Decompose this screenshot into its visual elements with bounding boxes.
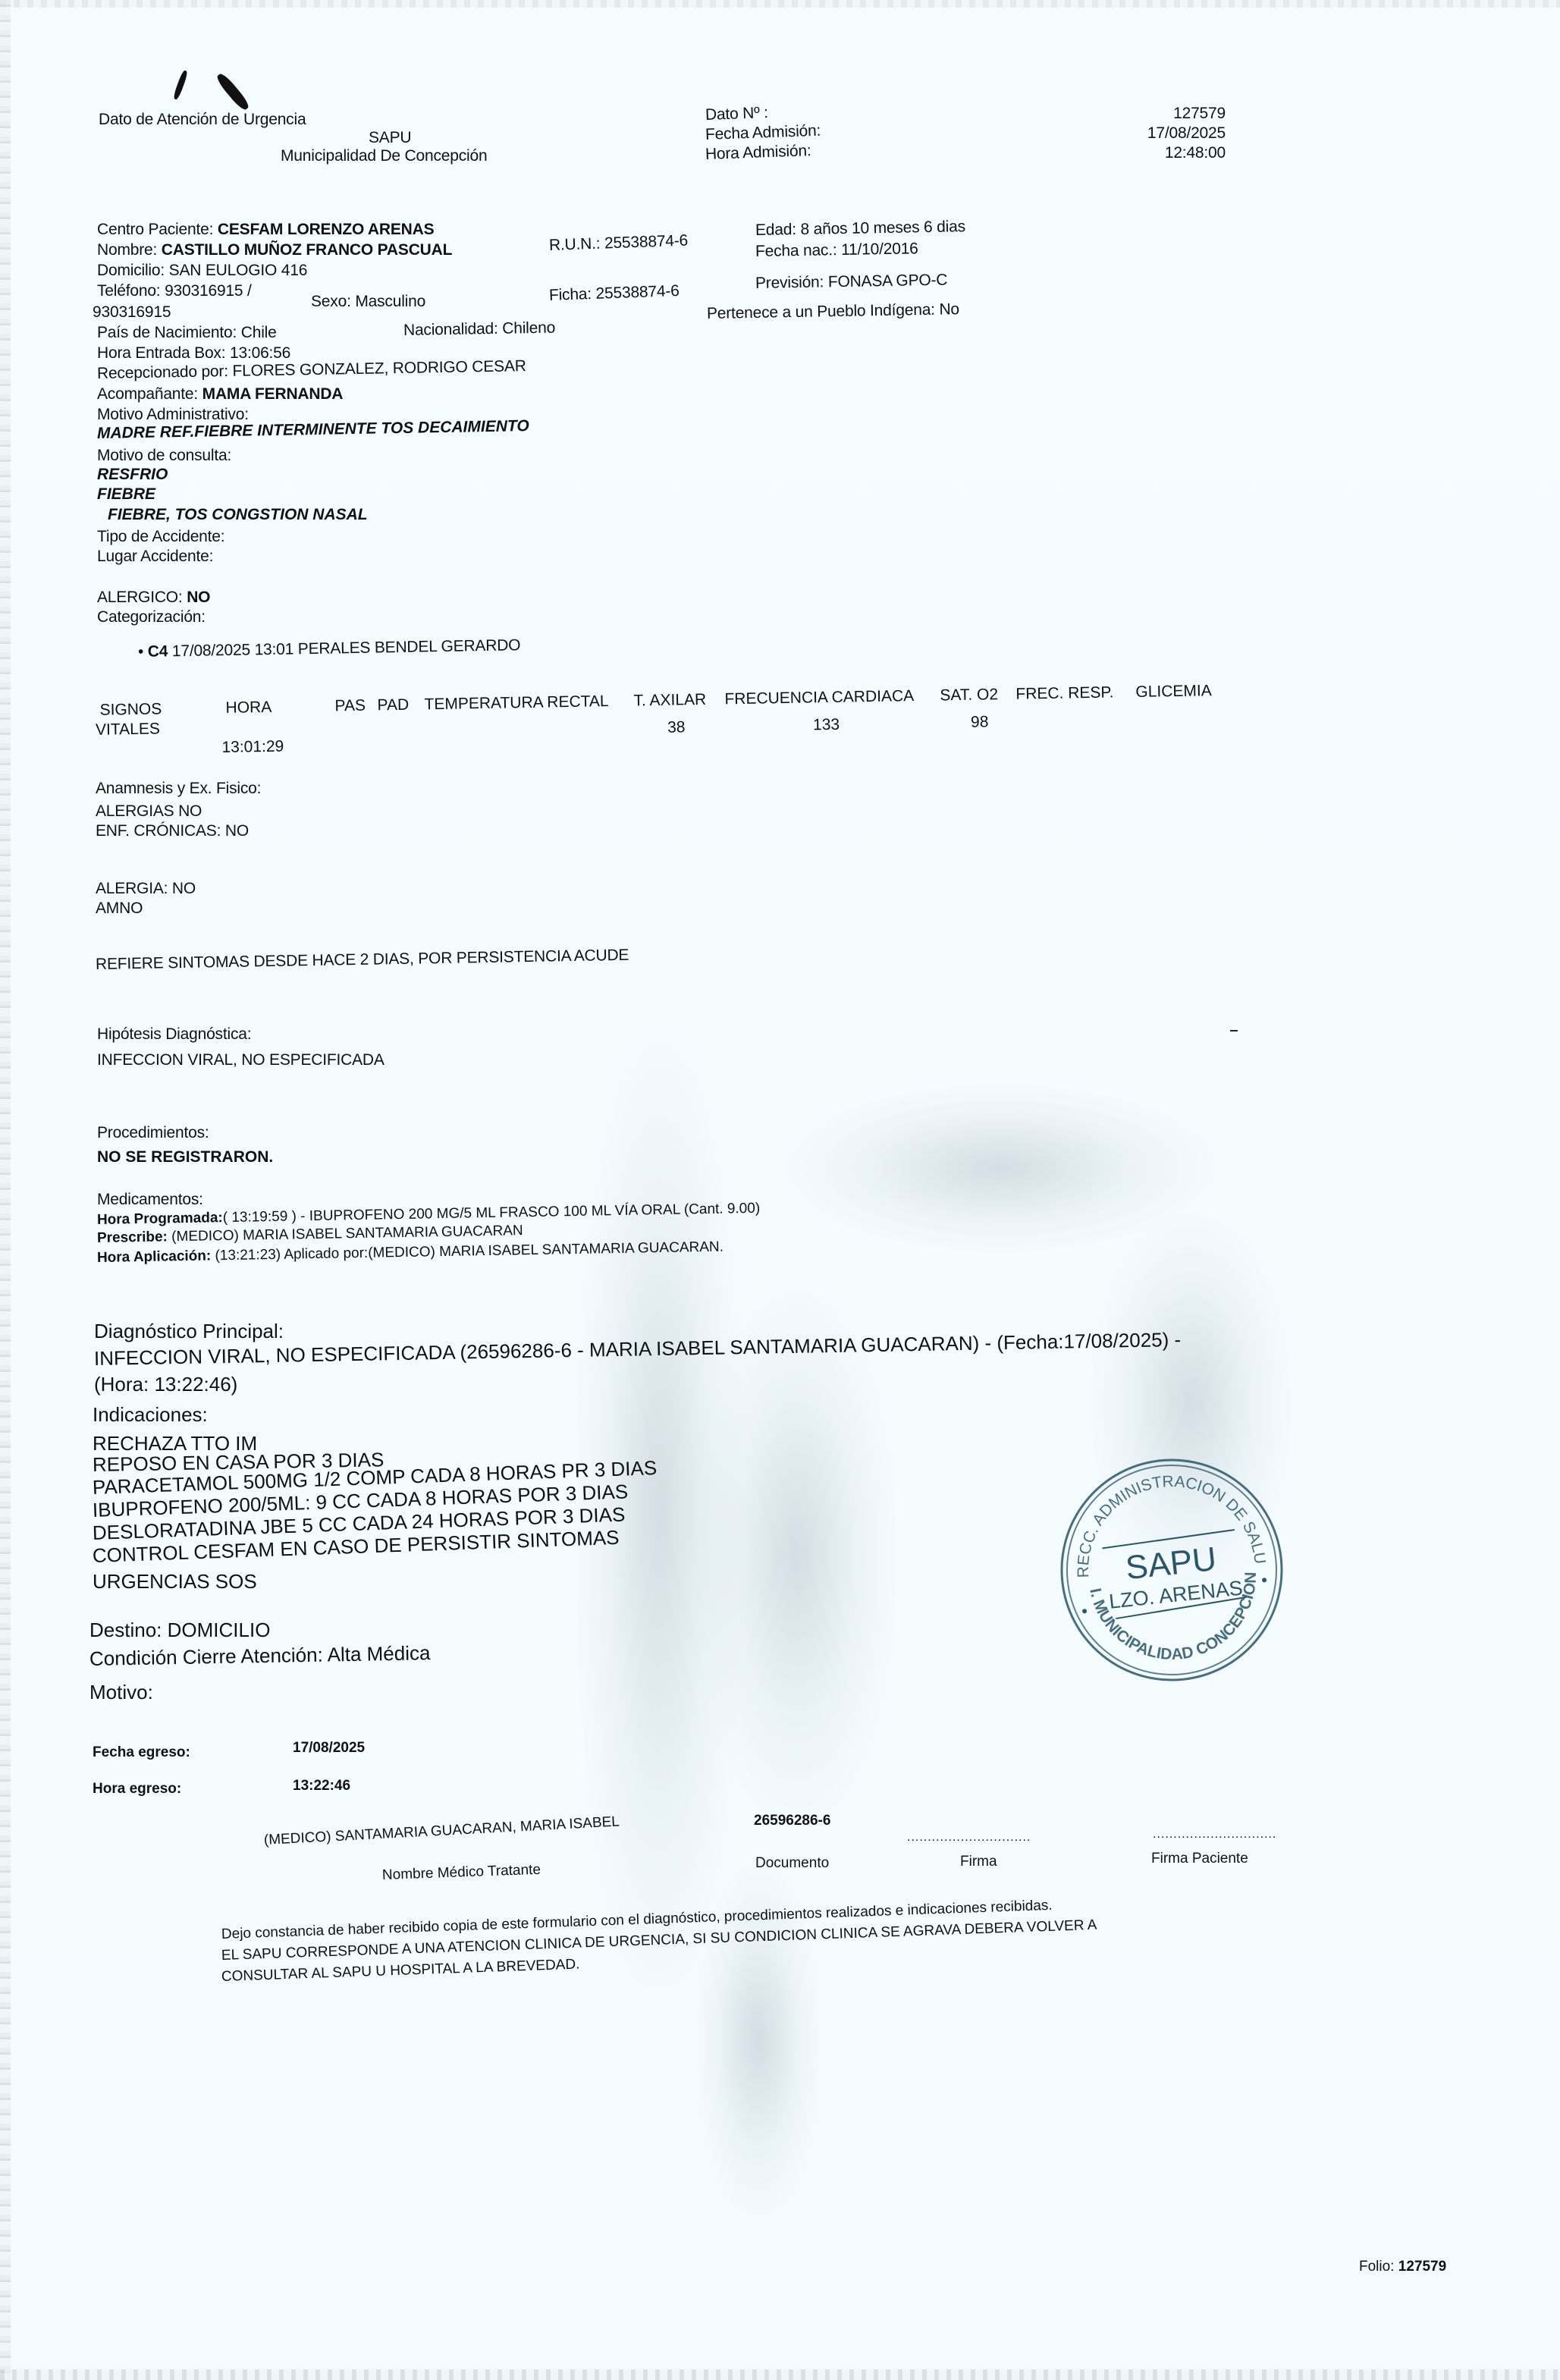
vital-signs-table: SIGNOS VITALES HORA PAS PAD TEMPERATURA … [90, 666, 1245, 770]
anamnesis-line: ENF. CRÓNICAS: NO [96, 822, 249, 840]
folio-value: 127579 [1398, 2259, 1446, 2275]
hora-entrada-box: Hora Entrada Box: 13:06:56 [97, 344, 290, 363]
condicion-cierre: Condición Cierre Atención: Alta Médica [89, 1641, 431, 1671]
motivo-consulta-line: RESFRIO [97, 466, 168, 484]
fecha-egreso-label: Fecha egreso: [93, 1744, 190, 1761]
destino: Destino: DOMICILIO [89, 1619, 270, 1642]
pais-nacimiento: País de Nacimiento: Chile [97, 324, 277, 342]
bullet-icon: • [138, 643, 144, 661]
pueblo-value: No [939, 300, 959, 318]
folio: Folio: 127579 [1359, 2259, 1446, 2275]
sexo: Sexo: Masculino [311, 293, 425, 311]
sapu-stamp: DIRECC. ADMINISTRACION DE SALUD I. MUNIC… [1047, 1445, 1297, 1695]
indicaciones-label: Indicaciones: [93, 1403, 208, 1427]
pueblo-indigena: Pertenece a un Pueblo Indígena: No [707, 300, 959, 323]
firma-paciente-label: Firma Paciente [1151, 1851, 1248, 1867]
categorizacion-value: 17/08/2025 13:01 PERALES BENDEL GERARDO [172, 636, 521, 660]
fecha-admision-value: 17/08/2025 [1092, 124, 1226, 143]
dato-label: Dato Nº : [705, 104, 769, 124]
vitals-label: VITALES [96, 720, 160, 739]
stamp-seal-icon: DIRECC. ADMINISTRACION DE SALUD I. MUNIC… [1047, 1445, 1297, 1695]
anamnesis-refiere: REFIERE SINTOMAS DESDE HACE 2 DIAS, POR … [96, 947, 629, 974]
categorizacion-label: Categorización: [97, 608, 206, 626]
dato-value: 127579 [1092, 105, 1226, 123]
prevision-value: FONASA GPO-C [828, 272, 948, 291]
vitals-header-frec-resp: FREC. RESP. [1015, 683, 1114, 703]
nombre-paciente: Nombre: CASTILLO MUÑOZ FRANCO PASCUAL [97, 241, 452, 259]
hipotesis-label: Hipótesis Diagnóstica: [97, 1025, 251, 1044]
anamnesis-line: AMNO [96, 900, 143, 918]
telefono-value: 930316915 / [165, 282, 252, 300]
vitals-value-hora: 13:01:29 [221, 738, 284, 757]
categorizacion-item: • C4 17/08/2025 13:01 PERALES BENDEL GER… [138, 636, 521, 661]
motivo-consulta-label: Motivo de consulta: [97, 447, 231, 465]
motivo-administrativo-label: Motivo Administrativo: [97, 406, 249, 424]
pais-value: Chile [241, 324, 277, 341]
medico-tratante-value: (MEDICO) SANTAMARIA GUACARAN, MARIA ISAB… [263, 1813, 620, 1849]
hora-admision-label: Hora Admisión: [705, 142, 811, 164]
documento-value: 26596286-6 [754, 1813, 830, 1829]
condicion-value: Alta Médica [327, 1641, 430, 1666]
dash-mark [1230, 1030, 1238, 1031]
paper-crease [698, 1289, 895, 1820]
hora-egreso-label: Hora egreso: [93, 1781, 181, 1798]
sexo-value: Masculino [355, 293, 425, 310]
medicamentos-label: Medicamentos: [97, 1191, 203, 1209]
alergico-value: NO [187, 589, 210, 606]
vitals-header-t-axilar: T. AXILAR [633, 691, 706, 711]
acompanante-value: MAMA FERNANDA [202, 385, 344, 403]
domicilio-value: SAN EULOGIO 416 [169, 262, 308, 279]
centro-paciente: Centro Paciente: CESFAM LORENZO ARENAS [97, 221, 434, 239]
form-title: Dato de Atención de Urgencia [99, 111, 306, 129]
hora-egreso-value: 13:22:46 [293, 1778, 350, 1794]
lugar-accidente-label: Lugar Accidente: [97, 548, 213, 566]
run-value: 25538874-6 [604, 232, 689, 253]
paper-edge-bottom [0, 2369, 1560, 2380]
vitals-header-hora: HORA [225, 699, 272, 717]
diagnostico-label: Diagnóstico Principal: [94, 1320, 284, 1343]
alergico: ALERGICO: NO [97, 589, 210, 607]
org-municipality: Municipalidad De Concepción [281, 147, 487, 165]
fecha-nacimiento: Fecha nac.: 11/10/2016 [755, 240, 918, 261]
domicilio: Domicilio: SAN EULOGIO 416 [97, 262, 307, 280]
fecha-admision-label: Fecha Admisión: [705, 122, 821, 144]
paper-edge-top [0, 0, 1560, 8]
diagnostico-line: (Hora: 13:22:46) [94, 1373, 237, 1396]
ink-mark [215, 71, 251, 111]
medicamento-detalle: ( 13:19:59 ) - IBUPROFENO 200 MG/5 ML FR… [223, 1201, 761, 1226]
nacionalidad: Nacionalidad: Chileno [403, 319, 556, 340]
fecha-egreso-value: 17/08/2025 [293, 1740, 365, 1757]
procedimientos-label: Procedimientos: [97, 1124, 209, 1142]
paper-crease [789, 1085, 1213, 1251]
anamnesis-line: ALERGIAS NO [96, 802, 202, 821]
vitals-value-t-axilar: 38 [667, 718, 686, 736]
indicacion-line: URGENCIAS SOS [93, 1570, 257, 1593]
tipo-accidente-label: Tipo de Accidente: [97, 528, 224, 546]
hora-admision-value: 12:48:00 [1092, 144, 1226, 162]
vitals-header-pas: PAS [334, 697, 366, 716]
vitals-header-sat-o2: SAT. O2 [940, 686, 998, 705]
run: R.U.N.: 25538874-6 [549, 232, 689, 255]
anamnesis-line: ALERGIA: NO [96, 880, 196, 898]
fecha-nac-value: 11/10/2016 [841, 240, 918, 259]
documento-label: Documento [755, 1855, 829, 1872]
telefono-value-2: 930316915 [93, 303, 171, 322]
procedimientos-value: NO SE REGISTRARON. [97, 1148, 273, 1166]
prevision: Previsión: FONASA GPO-C [755, 272, 948, 293]
acompanante: Acompañante: MAMA FERNANDA [97, 385, 343, 403]
edad: Edad: 8 años 10 meses 6 dias [755, 218, 965, 240]
telefono: Teléfono: 930316915 / [97, 282, 252, 300]
motivo-cierre-label: Motivo: [89, 1681, 153, 1704]
categorizacion-code: C4 [148, 642, 168, 660]
firma-paciente-line: .............................. [1153, 1828, 1276, 1842]
destino-value: DOMICILIO [168, 1619, 271, 1641]
motivo-consulta-line: FIEBRE [97, 485, 155, 504]
nombre-paciente-value: CASTILLO MUÑOZ FRANCO PASCUAL [162, 241, 452, 259]
firma-line: .............................. [907, 1831, 1031, 1845]
vitals-value-sat-o2: 98 [971, 713, 989, 731]
document-page: Dato de Atención de Urgencia SAPU Munici… [0, 0, 1560, 2380]
org-name: SAPU [369, 129, 411, 147]
motivo-consulta-line: FIEBRE, TOS CONGSTION NASAL [108, 506, 368, 524]
medico-tratante-label: Nombre Médico Tratante [382, 1862, 541, 1884]
nacionalidad-value: Chileno [502, 319, 555, 338]
paper-edge-left [0, 0, 11, 2380]
centro-paciente-value: CESFAM LORENZO ARENAS [218, 221, 435, 238]
hora-box-value: 13:06:56 [230, 344, 290, 362]
firma-label: Firma [960, 1854, 997, 1870]
vitals-header-frecuencia-cardiaca: FRECUENCIA CARDIACA [724, 687, 914, 708]
vitals-header-pad: PAD [377, 696, 409, 715]
ink-mark [172, 70, 188, 100]
hipotesis-value: INFECCION VIRAL, NO ESPECIFICADA [97, 1051, 385, 1069]
ficha: Ficha: 25538874-6 [549, 282, 680, 305]
vitals-label: SIGNOS [99, 700, 162, 719]
vitals-header-glicemia: GLICEMIA [1135, 682, 1212, 702]
edad-value: 8 años 10 meses 6 dias [800, 218, 965, 238]
vitals-value-frecuencia-cardiaca: 133 [813, 716, 840, 735]
anamnesis-label: Anamnesis y Ex. Fisico: [96, 780, 261, 798]
ficha-value: 25538874-6 [595, 282, 680, 303]
vitals-header-temperatura-rectal: TEMPERATURA RECTAL [424, 692, 608, 714]
